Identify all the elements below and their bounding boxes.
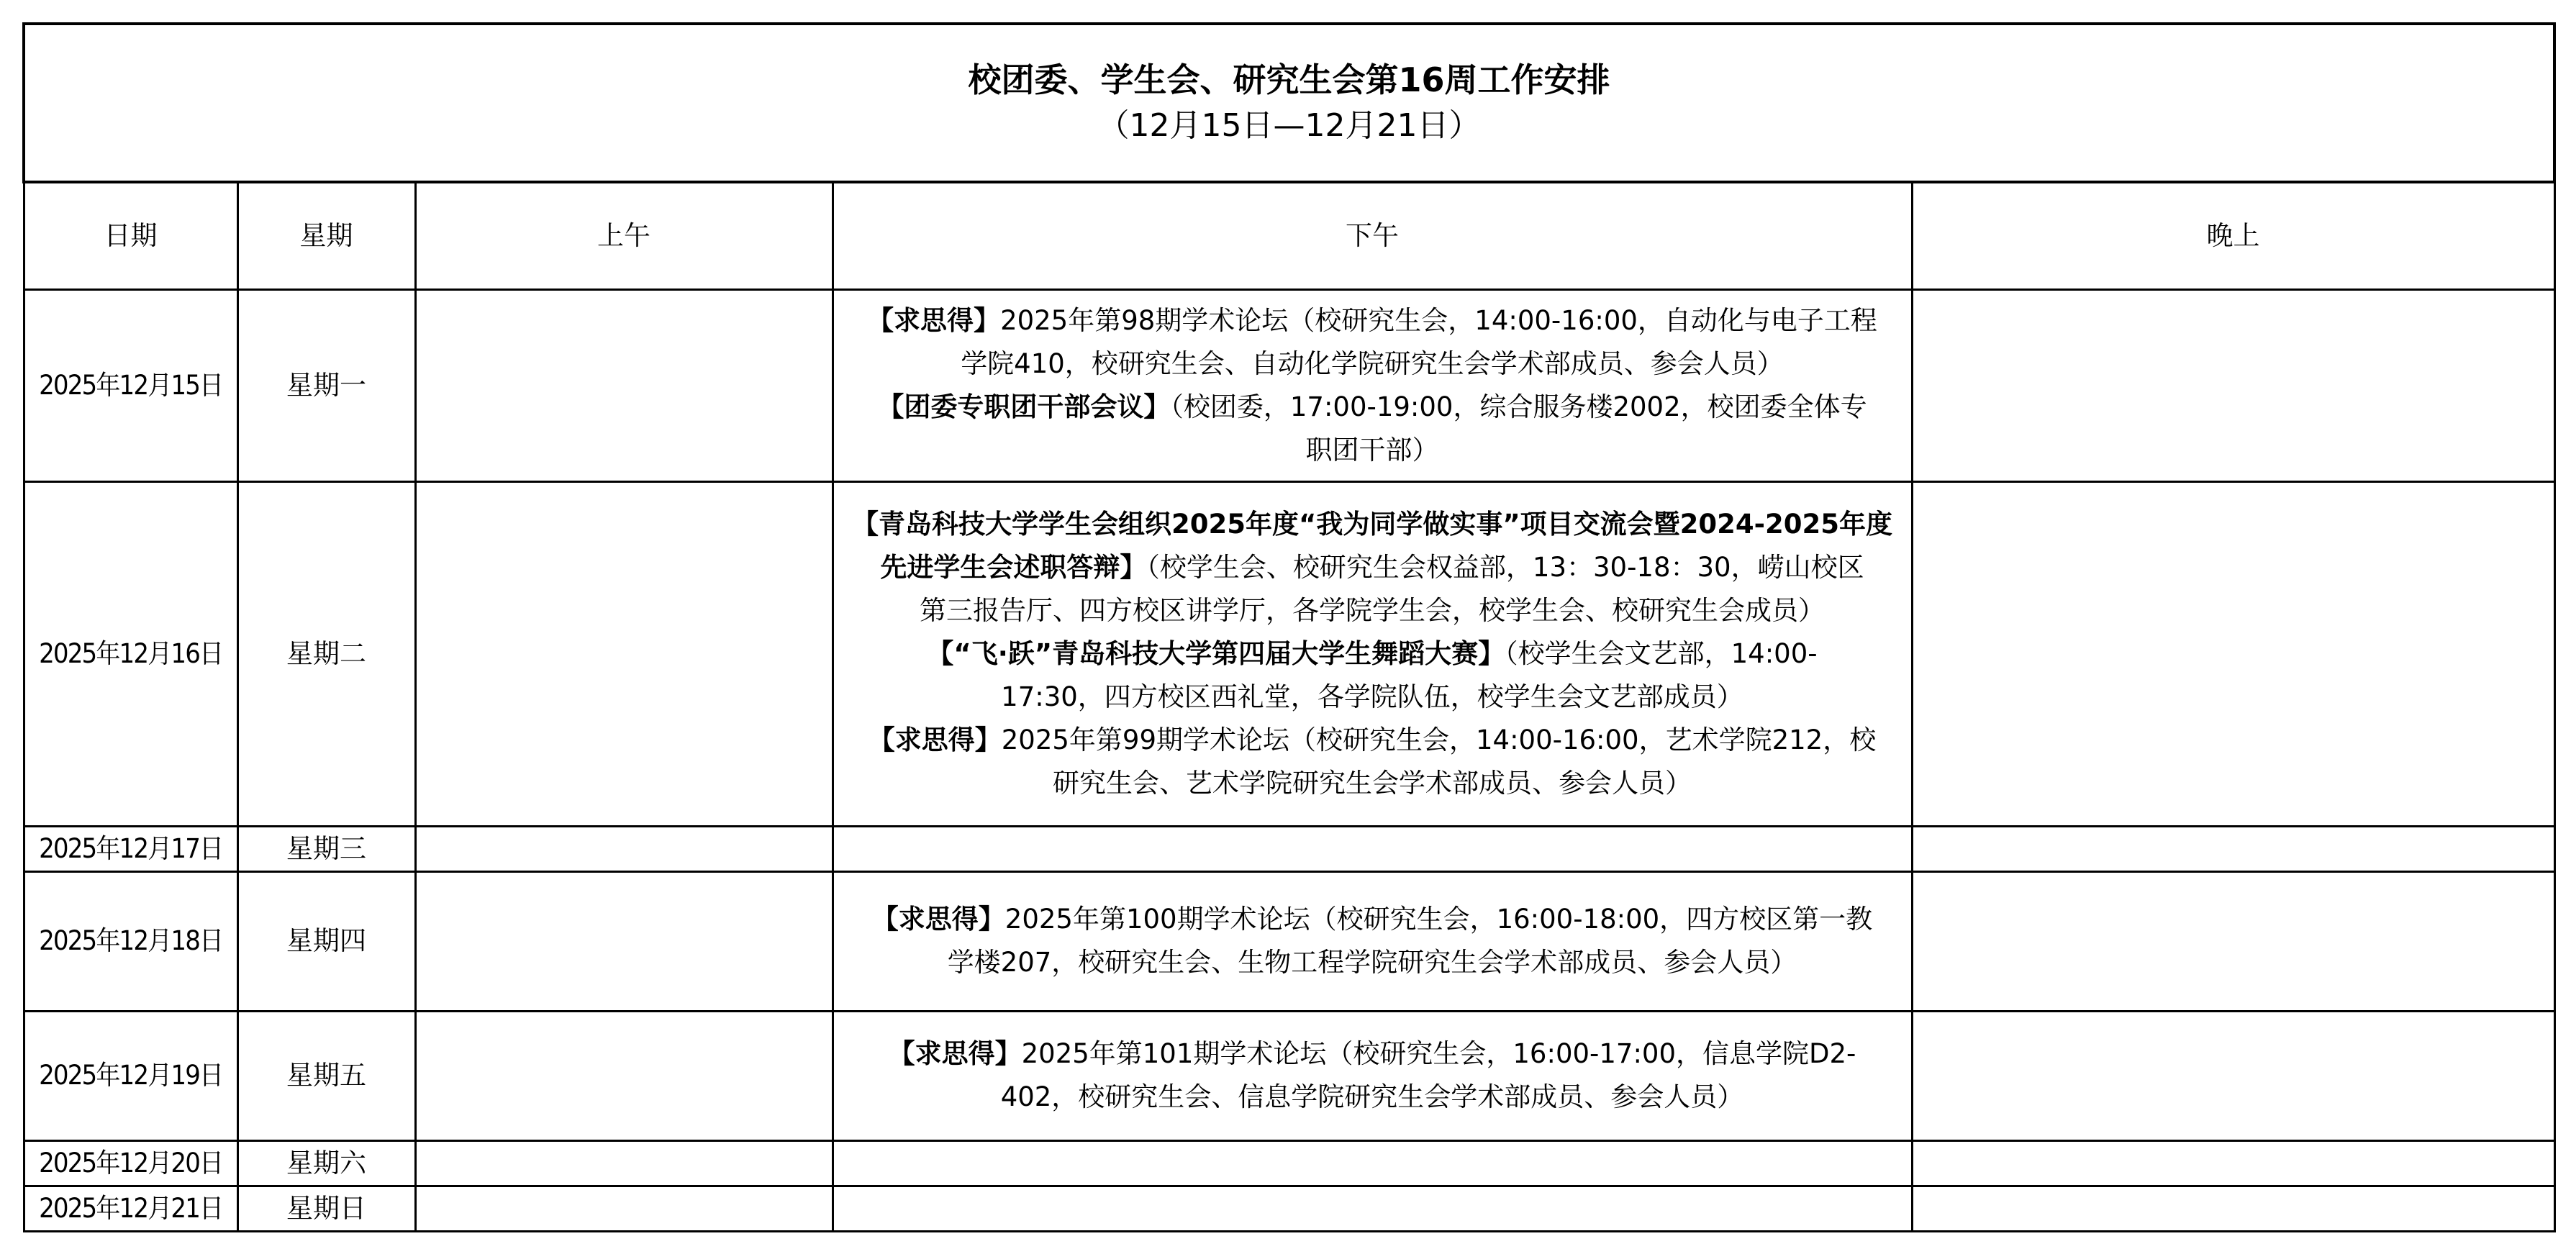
event-details: （校学生会文艺部，14:00- — [1505, 638, 1817, 669]
weekday-cell: 星期二 — [237, 481, 415, 826]
morning-cell — [415, 871, 833, 1011]
evening-cell — [1912, 1011, 2554, 1140]
event-line: 【求思得】2025年第101期学术论坛（校研究生会，16:00-17:00，信息… — [834, 1032, 1911, 1076]
event-title: 【求思得】 — [867, 305, 1000, 336]
weekday-cell: 星期三 — [237, 826, 415, 871]
date-range-subtitle: （12月15日—12月21日） — [25, 103, 2553, 149]
schedule-row-2: 2025年12月16日 星期二 【青岛科技大学学生会组织2025年度“我为同学做… — [24, 481, 2554, 826]
event-title: 【求思得】 — [889, 1038, 1022, 1069]
event-details: （校团委，17:00-19:00，综合服务楼2002，校团委全体专 — [1170, 391, 1867, 422]
column-header-evening: 晚上 — [1912, 182, 2554, 289]
event-line: 学楼207，校研究生会、生物工程学院研究生会学术部成员、参会人员） — [834, 941, 1911, 984]
date-cell: 2025年12月20日 — [24, 1140, 237, 1186]
date-text: 2025年12月20日 — [39, 1142, 222, 1185]
morning-cell — [415, 1011, 833, 1140]
event-title: 【“飞·跃”青岛科技大学第四届大学生舞蹈大赛】 — [927, 638, 1505, 669]
weekday-cell: 星期四 — [237, 871, 415, 1011]
header-row: 日期 星期 上午 下午 晚上 — [24, 182, 2554, 289]
event-title: 【求思得】 — [869, 725, 1002, 755]
event-details: 学院410，校研究生会、自动化学院研究生会学术部成员、参会人员） — [961, 348, 1784, 379]
afternoon-cell — [833, 826, 1912, 871]
morning-cell — [415, 1140, 833, 1186]
event-details: （校学生会、校研究生会权益部，13：30-18：30，崂山校区 — [1146, 552, 1864, 583]
page-title: 校团委、学生会、研究生会第16周工作安排 — [25, 57, 2553, 103]
afternoon-cell — [833, 1140, 1912, 1186]
evening-cell — [1912, 1140, 2554, 1186]
column-header-afternoon: 下午 — [833, 182, 1912, 289]
event-title: 【青岛科技大学学生会组织2025年度“我为同学做实事”项目交流会暨2024-20… — [852, 509, 1892, 540]
event-details: 17:30，四方校区西礼堂，各学院队伍，校学生会文艺部成员） — [1001, 681, 1743, 712]
event-line: 学院410，校研究生会、自动化学院研究生会学术部成员、参会人员） — [834, 342, 1911, 386]
event-details: 学楼207，校研究生会、生物工程学院研究生会学术部成员、参会人员） — [948, 947, 1797, 978]
weekday-cell: 星期六 — [237, 1140, 415, 1186]
schedule-row-6: 2025年12月20日 星期六 — [24, 1140, 2554, 1186]
event-line: 职团干部） — [834, 429, 1911, 472]
event-line: 【求思得】2025年第98期学术论坛（校研究生会，14:00-16:00，自动化… — [834, 299, 1911, 342]
event-line: 【求思得】2025年第100期学术论坛（校研究生会，16:00-18:00，四方… — [834, 898, 1911, 941]
weekly-schedule-table: 校团委、学生会、研究生会第16周工作安排 （12月15日—12月21日） 日期 … — [22, 22, 2556, 1232]
evening-cell — [1912, 826, 2554, 871]
afternoon-cell: 【青岛科技大学学生会组织2025年度“我为同学做实事”项目交流会暨2024-20… — [833, 481, 1912, 826]
date-cell: 2025年12月18日 — [24, 871, 237, 1011]
event-details: 研究生会、艺术学院研究生会学术部成员、参会人员） — [1053, 768, 1692, 799]
date-text: 2025年12月17日 — [39, 827, 222, 871]
schedule-row-3: 2025年12月17日 星期三 — [24, 826, 2554, 871]
weekday-cell: 星期日 — [237, 1186, 415, 1231]
event-line: 先进学生会述职答辩】（校学生会、校研究生会权益部，13：30-18：30，崂山校… — [834, 546, 1911, 589]
event-line: 研究生会、艺术学院研究生会学术部成员、参会人员） — [834, 762, 1911, 805]
column-header-weekday: 星期 — [237, 182, 415, 289]
date-cell: 2025年12月15日 — [24, 289, 237, 481]
date-cell: 2025年12月21日 — [24, 1186, 237, 1231]
date-text: 2025年12月15日 — [39, 364, 222, 407]
event-line: 第三报告厅、四方校区讲学厅，各学院学生会，校学生会、校研究生会成员） — [834, 589, 1911, 632]
morning-cell — [415, 826, 833, 871]
afternoon-cell: 【求思得】2025年第101期学术论坛（校研究生会，16:00-17:00，信息… — [833, 1011, 1912, 1140]
event-title: 【团委专职团干部会议】 — [877, 391, 1170, 422]
event-line: 【“飞·跃”青岛科技大学第四届大学生舞蹈大赛】（校学生会文艺部，14:00- — [834, 632, 1911, 676]
date-cell: 2025年12月17日 — [24, 826, 237, 871]
date-text: 2025年12月18日 — [39, 919, 222, 963]
afternoon-cell — [833, 1186, 1912, 1231]
morning-cell — [415, 289, 833, 481]
evening-cell — [1912, 1186, 2554, 1231]
evening-cell — [1912, 871, 2554, 1011]
weekday-cell: 星期一 — [237, 289, 415, 481]
title-row: 校团委、学生会、研究生会第16周工作安排 （12月15日—12月21日） — [24, 24, 2554, 182]
schedule-row-7: 2025年12月21日 星期日 — [24, 1186, 2554, 1231]
morning-cell — [415, 1186, 833, 1231]
schedule-row-5: 2025年12月19日 星期五 【求思得】2025年第101期学术论坛（校研究生… — [24, 1011, 2554, 1140]
event-details: 402，校研究生会、信息学院研究生会学术部成员、参会人员） — [1001, 1081, 1744, 1112]
event-title: 【求思得】 — [872, 904, 1005, 935]
event-details: 第三报告厅、四方校区讲学厅，各学院学生会，校学生会、校研究生会成员） — [920, 595, 1825, 626]
event-line: 【青岛科技大学学生会组织2025年度“我为同学做实事”项目交流会暨2024-20… — [834, 503, 1911, 546]
event-details: 2025年第99期学术论坛（校研究生会，14:00-16:00，艺术学院212，… — [1002, 725, 1876, 755]
evening-cell — [1912, 289, 2554, 481]
column-header-morning: 上午 — [415, 182, 833, 289]
date-cell: 2025年12月19日 — [24, 1011, 237, 1140]
event-title: 先进学生会述职答辩】 — [880, 552, 1146, 583]
column-header-date: 日期 — [24, 182, 237, 289]
weekday-cell: 星期五 — [237, 1011, 415, 1140]
title-cell: 校团委、学生会、研究生会第16周工作安排 （12月15日—12月21日） — [24, 24, 2554, 182]
event-details: 2025年第101期学术论坛（校研究生会，16:00-17:00，信息学院D2- — [1022, 1038, 1856, 1069]
event-details: 2025年第98期学术论坛（校研究生会，14:00-16:00，自动化与电子工程 — [1000, 305, 1877, 336]
schedule-row-1: 2025年12月15日 星期一 【求思得】2025年第98期学术论坛（校研究生会… — [24, 289, 2554, 481]
evening-cell — [1912, 481, 2554, 826]
afternoon-cell: 【求思得】2025年第98期学术论坛（校研究生会，14:00-16:00，自动化… — [833, 289, 1912, 481]
date-text: 2025年12月19日 — [39, 1054, 222, 1097]
morning-cell — [415, 481, 833, 826]
schedule-row-4: 2025年12月18日 星期四 【求思得】2025年第100期学术论坛（校研究生… — [24, 871, 2554, 1011]
date-text: 2025年12月21日 — [39, 1187, 222, 1230]
event-details: 职团干部） — [1306, 435, 1439, 465]
event-line: 【求思得】2025年第99期学术论坛（校研究生会，14:00-16:00，艺术学… — [834, 719, 1911, 762]
date-cell: 2025年12月16日 — [24, 481, 237, 826]
event-line: 17:30，四方校区西礼堂，各学院队伍，校学生会文艺部成员） — [834, 676, 1911, 719]
afternoon-cell: 【求思得】2025年第100期学术论坛（校研究生会，16:00-18:00，四方… — [833, 871, 1912, 1011]
event-line: 【团委专职团干部会议】（校团委，17:00-19:00，综合服务楼2002，校团… — [834, 386, 1911, 429]
event-line: 402，校研究生会、信息学院研究生会学术部成员、参会人员） — [834, 1076, 1911, 1119]
date-text: 2025年12月16日 — [39, 632, 222, 676]
event-details: 2025年第100期学术论坛（校研究生会，16:00-18:00，四方校区第一教 — [1005, 904, 1872, 935]
